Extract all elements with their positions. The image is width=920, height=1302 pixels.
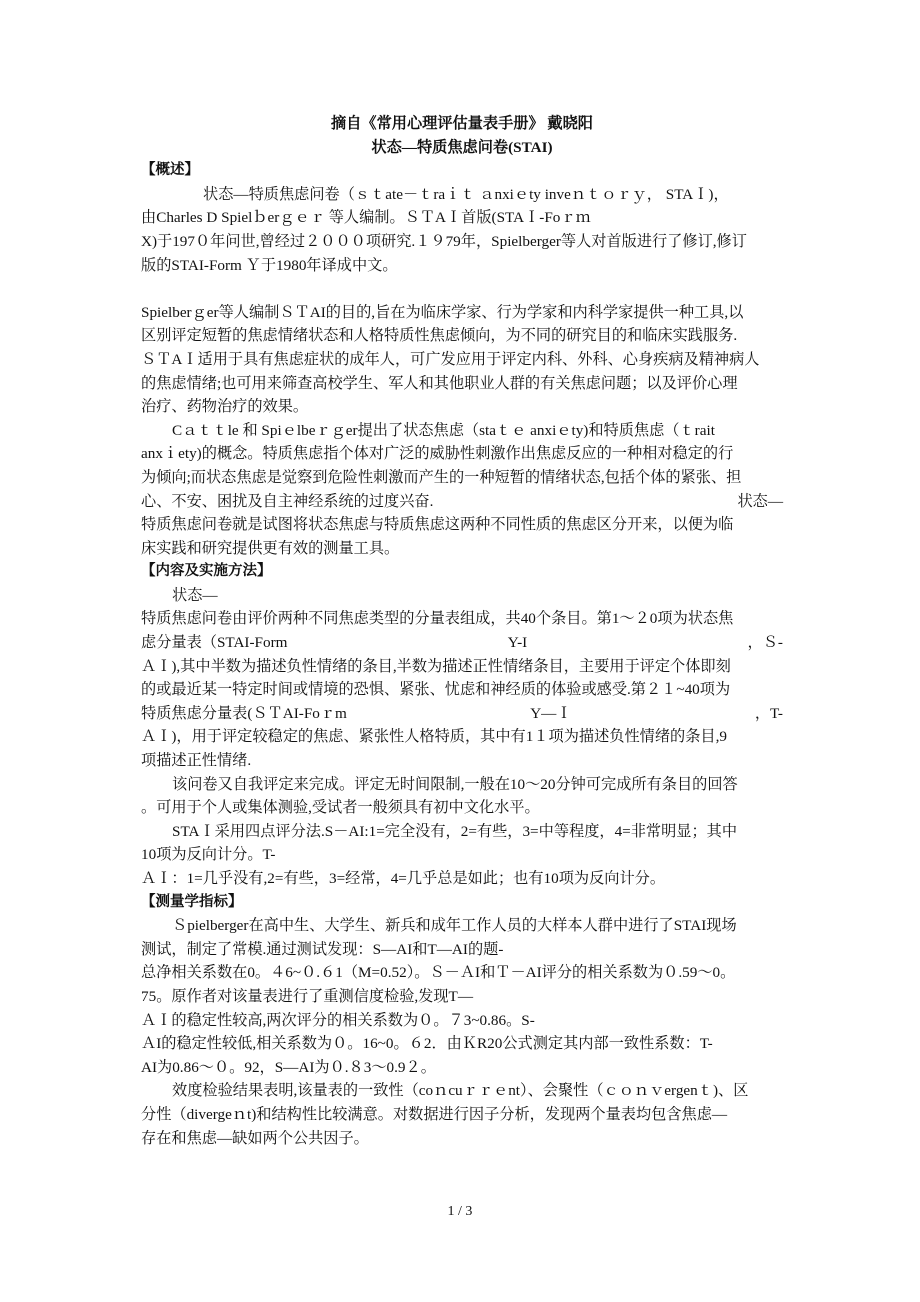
paragraph-line: 的或最近某一特定时间或情境的恐惧、紧张、忧虑和神经质的体验或感受.第２１~40项… xyxy=(141,678,783,702)
paragraph-line: anxｉety)的概念。特质焦虑指个体对广泛的威胁性刺激作出焦虑反应的一种相对稳… xyxy=(141,442,783,466)
paragraph-line: 。可用于个人或集体测验,受试者一般须具有初中文化水平。 xyxy=(141,796,783,820)
paragraph-line: Spielberｇer等人编制ＳＴAI的目的,旨在为临床学家、行为学家和内科学家… xyxy=(141,301,783,325)
paragraph-line: 虑分量表（STAI-Form Y-I ，Ｓ- xyxy=(141,631,783,655)
paragraph-line: 项描述正性情绪. xyxy=(141,749,783,773)
paragraph-line: 总净相关系数在0。４6~０.６1（M=0.52）。Ｓ－ＡI和Ｔ－AI评分的相关系… xyxy=(141,961,783,985)
paragraph-line: 状态—特质焦虑问卷（ｓｔate－ｔraｉｔ ａnxiｅty inveｎｔｏｒｙ，… xyxy=(141,183,783,207)
paragraph-line: ＡＩ),其中半数为描述负性情绪的条目,半数为描述正性情绪条目，主要用于评定个体即… xyxy=(141,655,783,679)
paragraph-line: 存在和焦虑—缺如两个公共因子。 xyxy=(141,1127,783,1151)
paragraph-line: STAＩ采用四点评分法.S－AI:1=完全没有，2=有些，3=中等程度，4=非常… xyxy=(141,820,783,844)
paragraph-line: 床实践和研究提供更有效的测量工具。 xyxy=(141,537,783,561)
paragraph-line: 该问卷又自我评定来完成。评定无时间限制,一般在10～20分钟可完成所有条目的回答 xyxy=(141,773,783,797)
paragraph-line: X)于197０年问世,曾经过２０００项研究.１９79年，Spielberger等… xyxy=(141,230,783,254)
paragraph-line: ＡＩ的稳定性较高,两次评分的相关系数为０。７3~0.86。S- xyxy=(141,1009,783,1033)
section-heading-content-method: 【内容及实施方法】 xyxy=(141,560,783,584)
line-text: Y—Ｉ xyxy=(530,702,571,726)
paragraph-line: 状态— xyxy=(141,584,783,608)
document-subtitle: 状态—特质焦虑问卷(STAI) xyxy=(141,136,783,160)
section-heading-psychometrics: 【测量学指标】 xyxy=(141,891,783,915)
line-text: 心、不安、困扰及自主神经系统的过度兴奋. xyxy=(141,490,433,514)
paragraph-line: 分性（divergeｎt)和结构性比较满意。对数据进行因子分析，发现两个量表均包… xyxy=(141,1103,783,1127)
paragraph-line: 的焦虑情绪;也可用来筛查高校学生、军人和其他职业人群的有关焦虑问题；以及评价心理 xyxy=(141,372,783,396)
line-text: ，T- xyxy=(755,702,783,726)
paragraph-line: ＡI的稳定性较低,相关系数为０。16~0。６2．由ＫR20公式测定其内部一致性系… xyxy=(141,1032,783,1056)
paragraph-line: 特质焦虑问卷由评价两种不同焦虑类型的分量表组成，共40个条目。第1～２0项为状态… xyxy=(141,607,783,631)
paragraph-line: Ｓpielberger在高中生、大学生、新兵和成年工作人员的大样本人群中进行了S… xyxy=(141,914,783,938)
paragraph-line: 为倾向;而状态焦虑是觉察到危险性刺激而产生的一种短暂的情绪状态,包括个体的紧张、… xyxy=(141,466,783,490)
paragraph-line: 测试，制定了常模.通过测试发现：S—AI和T—AI的题- xyxy=(141,938,783,962)
section-heading-overview: 【概述】 xyxy=(141,159,783,183)
paragraph-line: 心、不安、困扰及自主神经系统的过度兴奋. 状态— xyxy=(141,490,783,514)
paragraph-line: ＡＩ：1=几乎没有,2=有些，3=经常，4=几乎总是如此；也有10项为反向计分。 xyxy=(141,867,783,891)
paragraph-line: 治疗、药物治疗的效果。 xyxy=(141,395,783,419)
line-text: 状态— xyxy=(737,490,783,514)
paragraph-line: 10项为反向计分。T- xyxy=(141,843,783,867)
line-text: 特质焦虑分量表(ＳＴAI-Foｒm xyxy=(141,702,347,726)
paragraph-line: AI为0.86～０。92，S—AI为０.８3～0.9２。 xyxy=(141,1056,783,1080)
line-text: Y-I xyxy=(508,631,527,655)
line-text: 虑分量表（STAI-Form xyxy=(141,631,287,655)
document-page: 摘自《常用心理评估量表手册》 戴晓阳 状态—特质焦虑问卷(STAI) 【概述】 … xyxy=(141,112,783,1150)
paragraph-line: 由Charles D Spielｂerｇｅｒ 等人编制。ＳＴAＩ首版(STAＩ-… xyxy=(141,206,783,230)
document-title: 摘自《常用心理评估量表手册》 戴晓阳 xyxy=(141,112,783,136)
paragraph-line: 区别评定短暂的焦虑情绪状态和人格特质性焦虑倾向，为不同的研究目的和临床实践服务. xyxy=(141,324,783,348)
page-indicator: 1 / 3 xyxy=(0,1204,920,1220)
paragraph-line: ＳＴAＩ适用于具有焦虑症状的成年人，可广发应用于评定内科、外科、心身疾病及精神病… xyxy=(141,348,783,372)
paragraph-line: 特质焦虑问卷就是试图将状态焦虑与特质焦虑这两种不同性质的焦虑区分开来，以便为临 xyxy=(141,513,783,537)
paragraph-line: 版的STAI-Form Ｙ于1980年译成中文。 xyxy=(141,254,783,278)
paragraph-line: ＡＩ)，用于评定较稳定的焦虑、紧张性人格特质，其中有1１项为描述负性情绪的条目,… xyxy=(141,725,783,749)
paragraph-line: 75。原作者对该量表进行了重测信度检验,发现T— xyxy=(141,985,783,1009)
paragraph-line: 特质焦虑分量表(ＳＴAI-Foｒm Y—Ｉ ，T- xyxy=(141,702,783,726)
paragraph-line: Cａｔｔle 和 Spiｅlbeｒｇer提出了状态焦虑（staｔｅ anxiｅt… xyxy=(141,419,783,443)
line-text: ，Ｓ- xyxy=(748,631,783,655)
blank-line xyxy=(141,277,783,301)
paragraph-line: 效度检验结果表明,该量表的一致性（coｎcuｒｒｅnt）、会聚性（ｃｏｎｖerg… xyxy=(141,1079,783,1103)
